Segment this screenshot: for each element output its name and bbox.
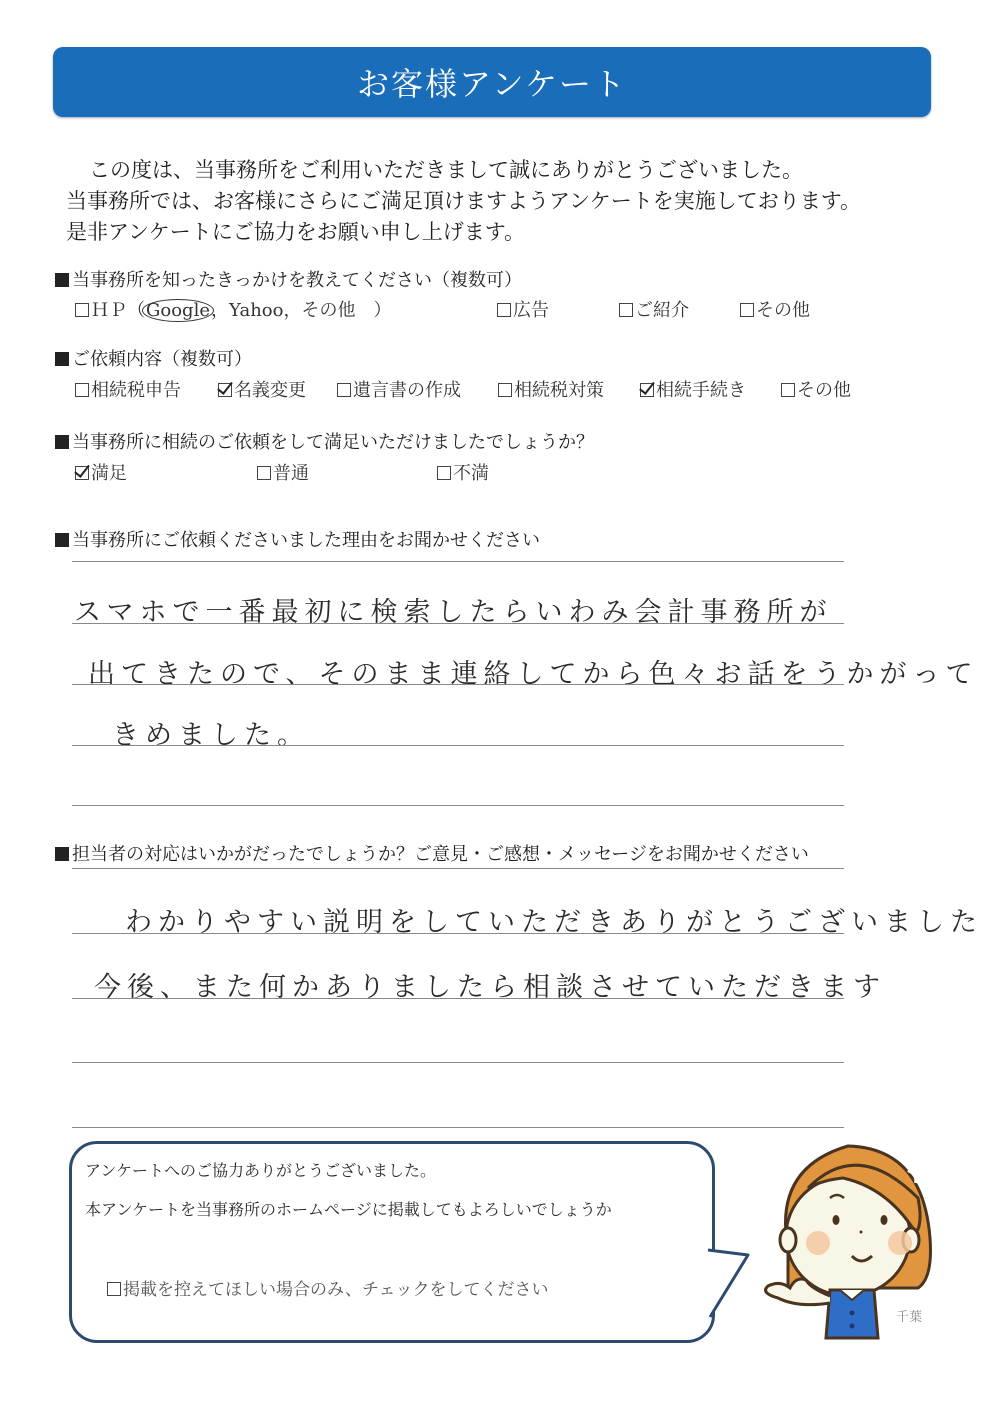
question-request-type: ご依頼内容（複数可） <box>55 345 252 371</box>
optout-checkbox[interactable] <box>107 1282 121 1296</box>
option-tax-planning[interactable]: 相続税対策 <box>498 376 604 402</box>
option-label: 不満 <box>453 463 489 484</box>
question-title: 当事務所を知ったきっかけを教えてください（複数可） <box>72 270 522 291</box>
option-label: 普通 <box>273 463 309 484</box>
answer-line <box>72 623 844 624</box>
question-satisfaction: 当事務所に相続のご依頼をして満足いただけましたでしょうか？ <box>55 428 594 454</box>
option-other[interactable]: その他 <box>781 376 851 402</box>
checkbox[interactable] <box>75 383 89 397</box>
question-title: 当事務所に相続のご依頼をして満足いただけましたでしょうか？ <box>72 432 594 453</box>
option-label: ご紹介 <box>635 300 689 321</box>
option-satisfied[interactable]: 満足 <box>75 459 127 485</box>
option-other[interactable]: その他 <box>740 296 810 322</box>
checkbox[interactable] <box>619 303 633 317</box>
page-title: お客様アンケート <box>357 59 627 105</box>
staff-name: 千葉 <box>896 1306 922 1325</box>
checkbox[interactable] <box>437 466 451 480</box>
optout-option[interactable]: 掲載を控えてほしい場合のみ、チェックをしてください <box>107 1275 549 1300</box>
answer-line <box>72 1127 844 1128</box>
option-label: 相続手続き <box>656 380 746 401</box>
square-bullet-icon <box>55 847 69 861</box>
answer-line <box>72 998 844 999</box>
checkbox[interactable] <box>75 303 89 317</box>
intro-line: 当事務所では、お客様にさらにご満足頂けますようアンケートを実施しております。 <box>66 186 861 217</box>
circled-google: Google <box>142 299 214 322</box>
option-inheritance-procedure[interactable]: 相続手続き <box>640 376 746 402</box>
thanks-text: アンケートへのご協力ありがとうございました。 <box>85 1158 436 1181</box>
option-hp[interactable]: ＨＰ（Google，Yahoo，その他 ） <box>75 296 391 322</box>
intro-line: 是非アンケートにご協力をお願い申し上げます。 <box>66 217 861 248</box>
answer-line <box>72 868 844 869</box>
option-will-creation[interactable]: 遺言書の作成 <box>337 376 461 402</box>
option-label: その他 <box>756 300 810 321</box>
option-inheritance-tax-return[interactable]: 相続税申告 <box>75 376 181 402</box>
option-ad[interactable]: 広告 <box>497 296 549 322</box>
checkbox[interactable] <box>498 383 512 397</box>
square-bullet-icon <box>55 352 69 366</box>
question-title: ご依頼内容（複数可） <box>72 349 252 370</box>
answer-line <box>72 805 844 806</box>
intro-line: この度は、当事務所をご利用いただきまして誠にありがとうございました。 <box>66 155 861 186</box>
publish-question: 本アンケートを当事務所のホームページに掲載してもよろしいでしょうか <box>85 1197 612 1220</box>
option-neutral[interactable]: 普通 <box>257 459 309 485</box>
question-title: 担当者の対応はいかがだったでしょうか？ご意見・ご感想・メッセージをお聞かせくださ… <box>72 844 809 865</box>
checkbox-checked[interactable] <box>640 383 654 397</box>
square-bullet-icon <box>55 533 69 547</box>
checkbox[interactable] <box>497 303 511 317</box>
answer-line <box>72 933 844 934</box>
intro-text: この度は、当事務所をご利用いただきまして誠にありがとうございました。 当事務所で… <box>66 155 861 248</box>
option-label: 満足 <box>91 463 127 484</box>
option-referral[interactable]: ご紹介 <box>619 296 689 322</box>
option-label: 遺言書の作成 <box>353 380 461 401</box>
option-label: 広告 <box>513 300 549 321</box>
answer-line <box>72 745 844 746</box>
option-label: ，Yahoo，その他 ） <box>211 300 391 321</box>
answer-line <box>72 561 844 562</box>
checkbox-checked[interactable] <box>218 383 232 397</box>
handwritten-answer: 出てきたので、そのまま連絡してから色々お話をうかがって <box>88 652 978 691</box>
option-title-transfer[interactable]: 名義変更 <box>218 376 306 402</box>
option-label: 名義変更 <box>234 380 306 401</box>
handwritten-answer: きめました。 <box>112 713 310 752</box>
option-label: 相続税対策 <box>514 380 604 401</box>
checkbox[interactable] <box>337 383 351 397</box>
question-how-found: 当事務所を知ったきっかけを教えてください（複数可） <box>55 266 522 292</box>
checkbox[interactable] <box>781 383 795 397</box>
checkbox-checked[interactable] <box>75 466 89 480</box>
checkbox[interactable] <box>257 466 271 480</box>
square-bullet-icon <box>55 273 69 287</box>
question-reason: 当事務所にご依頼くださいました理由をお聞かせください <box>55 526 540 552</box>
question-feedback: 担当者の対応はいかがだったでしょうか？ご意見・ご感想・メッセージをお聞かせくださ… <box>55 840 809 866</box>
option-label: 相続税申告 <box>91 380 181 401</box>
answer-line <box>72 1062 844 1063</box>
option-unsatisfied[interactable]: 不満 <box>437 459 489 485</box>
answer-line <box>72 684 844 685</box>
option-label: ＨＰ（ <box>91 300 145 321</box>
option-label: その他 <box>797 380 851 401</box>
question-title: 当事務所にご依頼くださいました理由をお聞かせください <box>72 530 540 551</box>
title-band: お客様アンケート <box>53 47 931 117</box>
checkbox[interactable] <box>740 303 754 317</box>
square-bullet-icon <box>55 435 69 449</box>
optout-label: 掲載を控えてほしい場合のみ、チェックをしてください <box>123 1280 549 1300</box>
